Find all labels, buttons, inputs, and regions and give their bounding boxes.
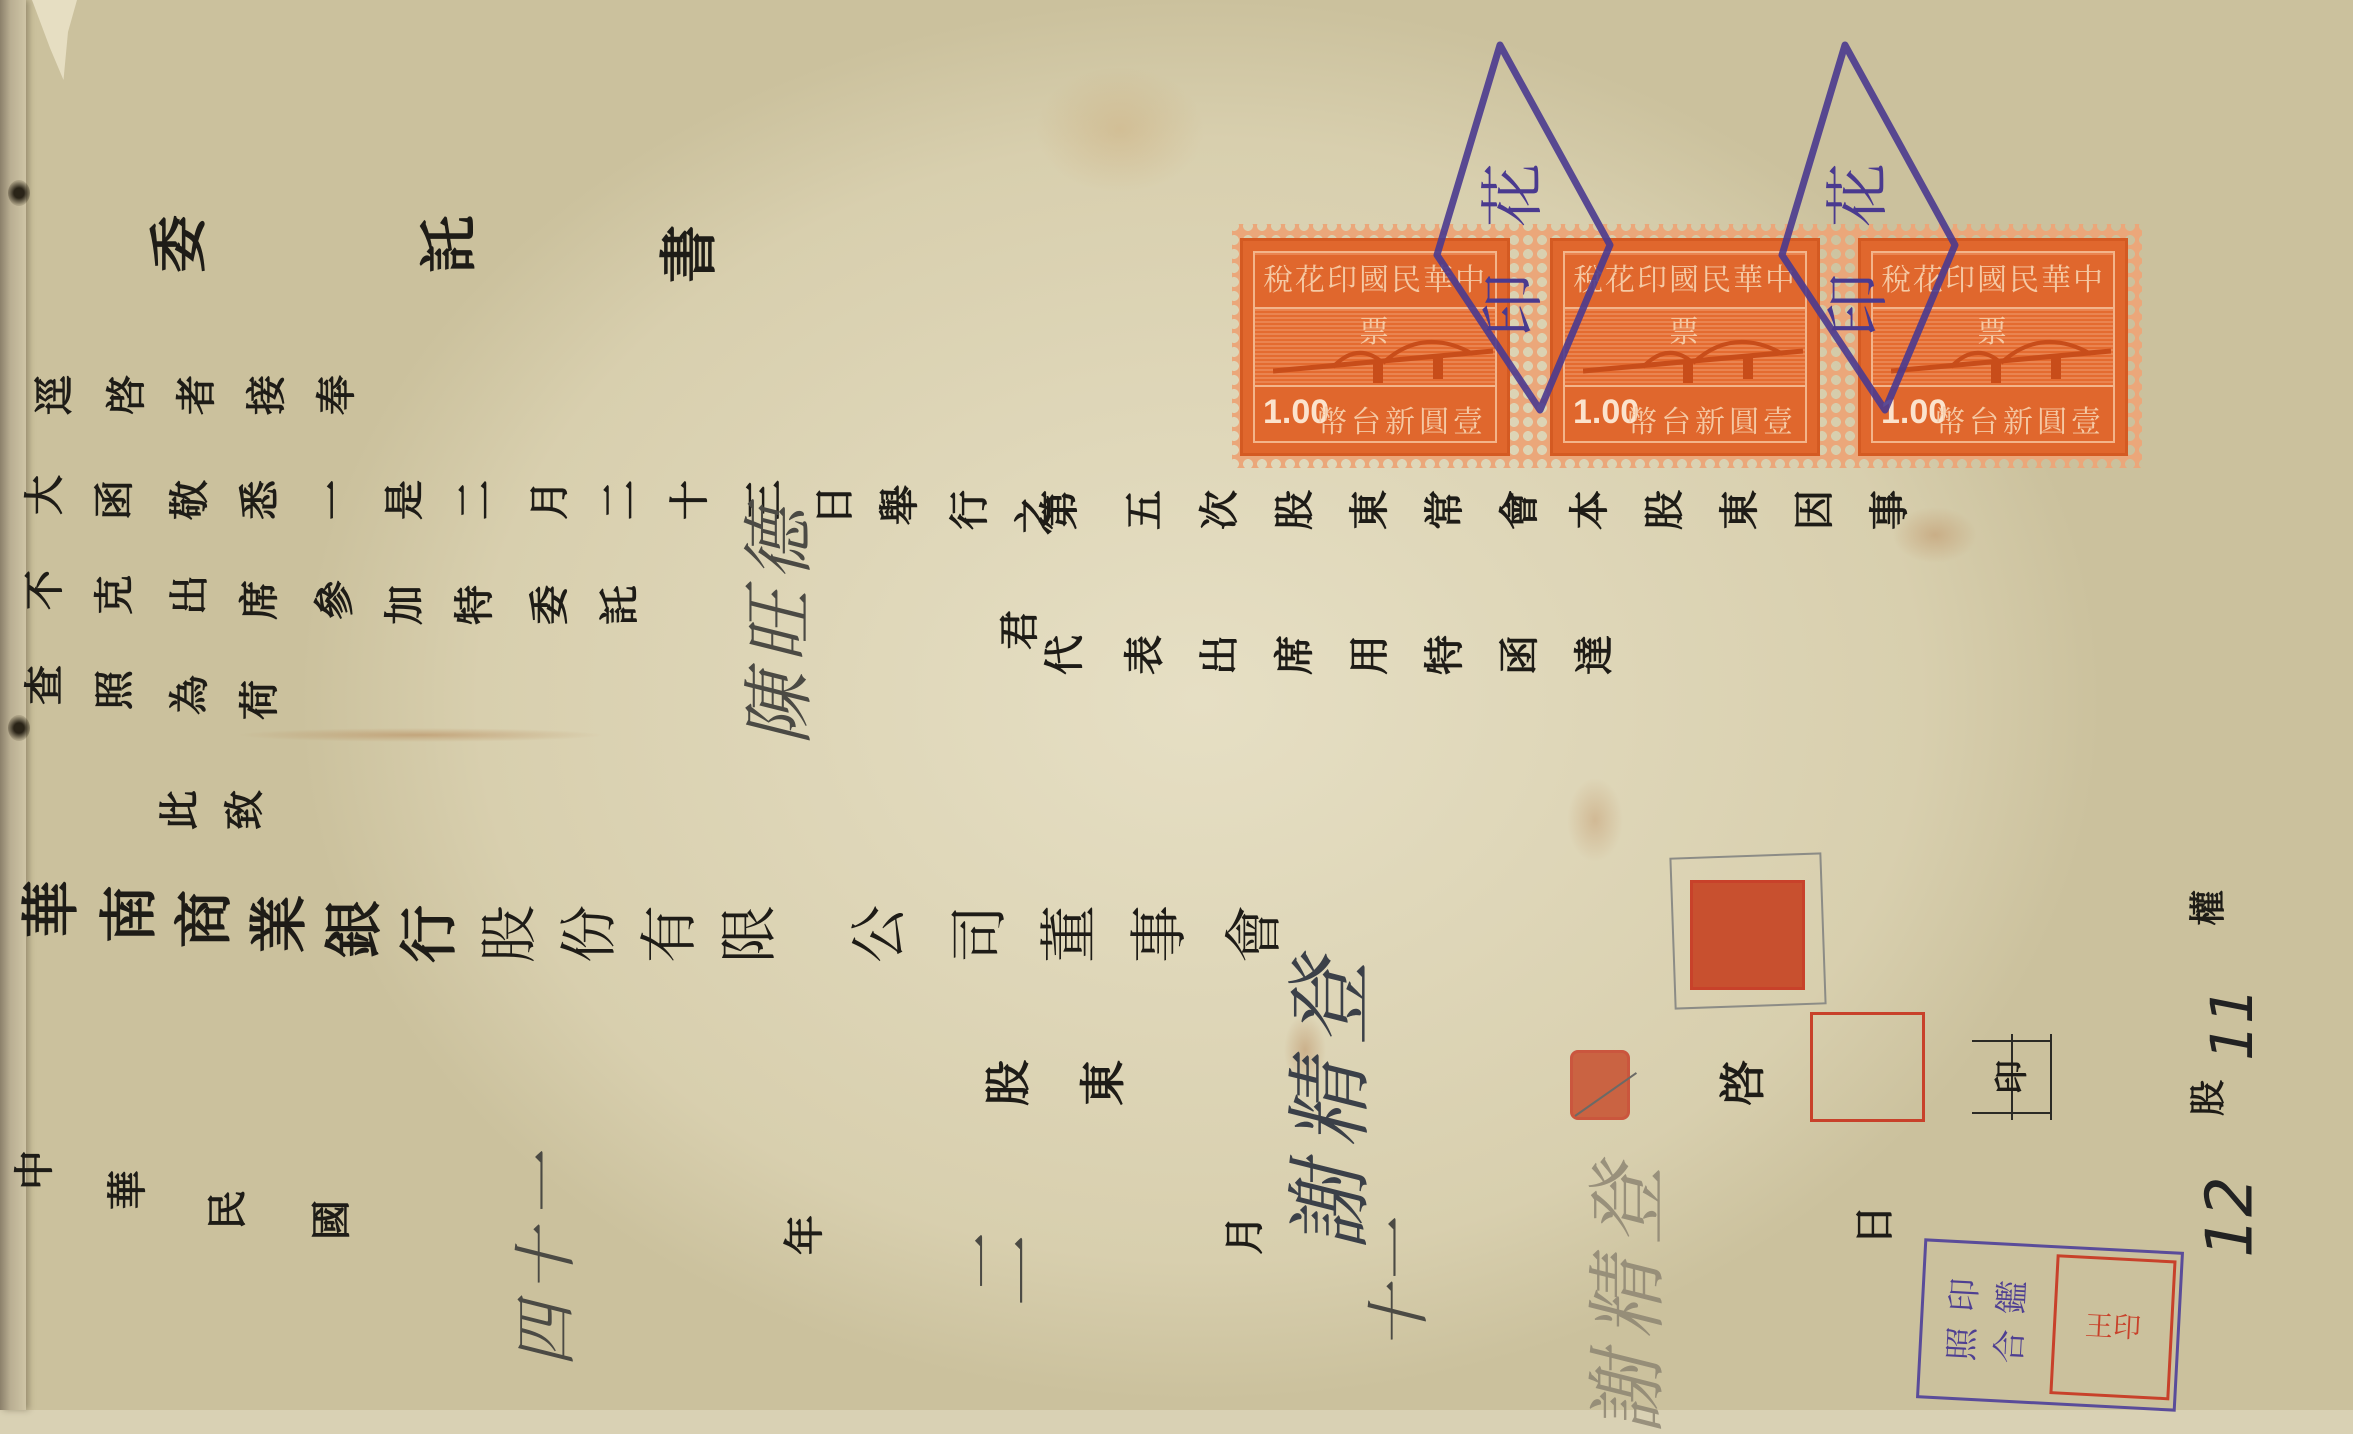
body-char: 代 [1045,635,1085,675]
body-char: 第 [1040,490,1080,530]
body-char: 荷 [240,680,280,720]
body-char: 出 [170,575,210,615]
seal-pencil-outline [1669,852,1826,1009]
company-char: 事 [1130,905,1188,963]
body-char: 次 [1200,490,1240,530]
day-handwritten: 十一 [1348,1222,1440,1350]
cancel-char: 印 [1477,273,1551,337]
verification-char: 鑑 [1984,1272,2035,1322]
body-char: 接 [247,375,287,415]
body-char: 十 [670,480,710,520]
company-char: 有 [640,905,698,963]
date-char: 國 [312,1200,352,1240]
body-char: 悉 [240,480,280,520]
body-char: 查 [25,665,65,705]
body-char: 委 [530,585,570,625]
body-char: 席 [1275,635,1315,675]
paper-tear [32,0,77,80]
body-char: 因 [1795,490,1835,530]
body-char: 股 [1275,490,1315,530]
company-char: 行 [400,905,458,963]
shareholder-seal [1810,1012,1925,1122]
day-label: 日 [1855,1205,1895,1245]
cancel-char: 花 [1822,163,1896,227]
body-char: 為 [170,675,210,715]
body-char: 月 [530,480,570,520]
seal-placeholder-box: 印 [1972,1040,2052,1114]
body-char: 事 [1870,490,1910,530]
share-note-gu-label: 股 [2190,1080,2226,1116]
company-char: 銀 [325,900,383,958]
body-char: 表 [1125,635,1165,675]
cancel-diamond-mark: 花 印 [1425,35,1615,415]
cancel-char: 印 [1822,273,1896,337]
body-char: 致 [225,790,265,830]
body-char: 二 [455,480,495,520]
stamp-denomination: 壹圓新台幣 [1935,397,2105,441]
company-char: 份 [560,905,618,963]
date-char: 中 [15,1150,55,1190]
shareholder-label-char: 股 [985,1060,1031,1106]
verification-label: 印 鑑 照 合 [1926,1248,2043,1394]
body-char: 二 [600,480,640,520]
body-char: 東 [1720,490,1760,530]
body-char: 加 [385,585,425,625]
cancel-char: 花 [1477,163,1551,227]
body-char: 本 [1570,490,1610,530]
binding-notch [8,715,30,741]
body-char: 君 [1000,610,1040,650]
shareholder-signature: 謝精登 [1261,944,1385,1250]
body-char: 此 [160,790,200,830]
company-char: 公 [850,905,908,963]
binding-notch [8,180,30,206]
body-char: 會 [1500,490,1540,530]
share-note-gu-value: 12 [2194,1176,2268,1257]
body-char: 行 [950,490,990,530]
body-char: 特 [455,585,495,625]
document-page: 委 託 書 逕 啓 者 接 奉 大 函 敬 悉 一 是 二 月 二 十 三 日 … [0,0,2353,1410]
body-char: 者 [177,375,217,415]
body-char: 不 [25,570,65,610]
body-char: 達 [1575,635,1615,675]
body-char: 用 [1350,635,1390,675]
body-char: 託 [600,585,640,625]
faint-bleed-signature: 謝精登 [1564,1152,1679,1411]
body-char: 函 [1500,635,1540,675]
verification-char: 合 [1981,1321,2032,1371]
body-char: 啓 [107,375,147,415]
month-handwritten: 二 [944,1236,1048,1308]
company-char: 華 [22,880,80,938]
shareholder-label-char: 東 [1080,1060,1126,1106]
body-char: 奉 [317,375,357,415]
closing-char: 啓 [1720,1060,1766,1106]
binding-edge [0,0,26,1410]
body-char: 一 [315,480,355,520]
body-char: 克 [95,575,135,615]
body-char: 股 [1645,490,1685,530]
company-char: 董 [1040,905,1098,963]
body-char: 照 [95,670,135,710]
title-char: 委 [150,215,208,273]
body-char: 函 [95,480,135,520]
body-char: 舉 [880,485,920,525]
body-char: 大 [25,475,65,515]
seal-verification-stamp: 印 鑑 照 合 王印 [1916,1238,2184,1410]
body-char: 是 [385,480,425,520]
share-note-quan-value: 11 [2198,987,2266,1061]
body-char: 特 [1425,635,1465,675]
cancel-diamond-mark: 花 印 [1770,35,1960,415]
body-char: 席 [240,580,280,620]
year-handwritten: 四十一 [495,1145,587,1367]
date-char: 民 [208,1190,248,1230]
body-char: 東 [1350,490,1390,530]
verification-char: 照 [1933,1319,1984,1369]
company-char: 業 [250,895,308,953]
body-char: 五 [1125,490,1165,530]
seal-box-label: 印 [1995,1060,2029,1094]
title-char: 書 [660,225,718,283]
company-char: 司 [950,905,1008,963]
body-char: 常 [1425,490,1465,530]
company-char: 股 [480,905,538,963]
body-char: 出 [1200,635,1240,675]
body-char: 敬 [170,480,210,520]
year-label: 年 [785,1215,825,1255]
proxy-name-signature: 陳旺德 [721,499,825,745]
share-note-quan-label: 權 [2190,890,2226,926]
company-char: 限 [720,905,778,963]
company-char: 商 [175,890,233,948]
title-char: 託 [420,215,478,273]
verification-char: 印 [1936,1270,1987,1320]
body-char: 參 [315,580,355,620]
verifier-red-seal: 王印 [2049,1254,2176,1400]
body-char: 逕 [35,375,75,415]
company-char: 南 [100,885,158,943]
month-label: 月 [1225,1215,1265,1255]
date-char: 華 [108,1170,148,1210]
